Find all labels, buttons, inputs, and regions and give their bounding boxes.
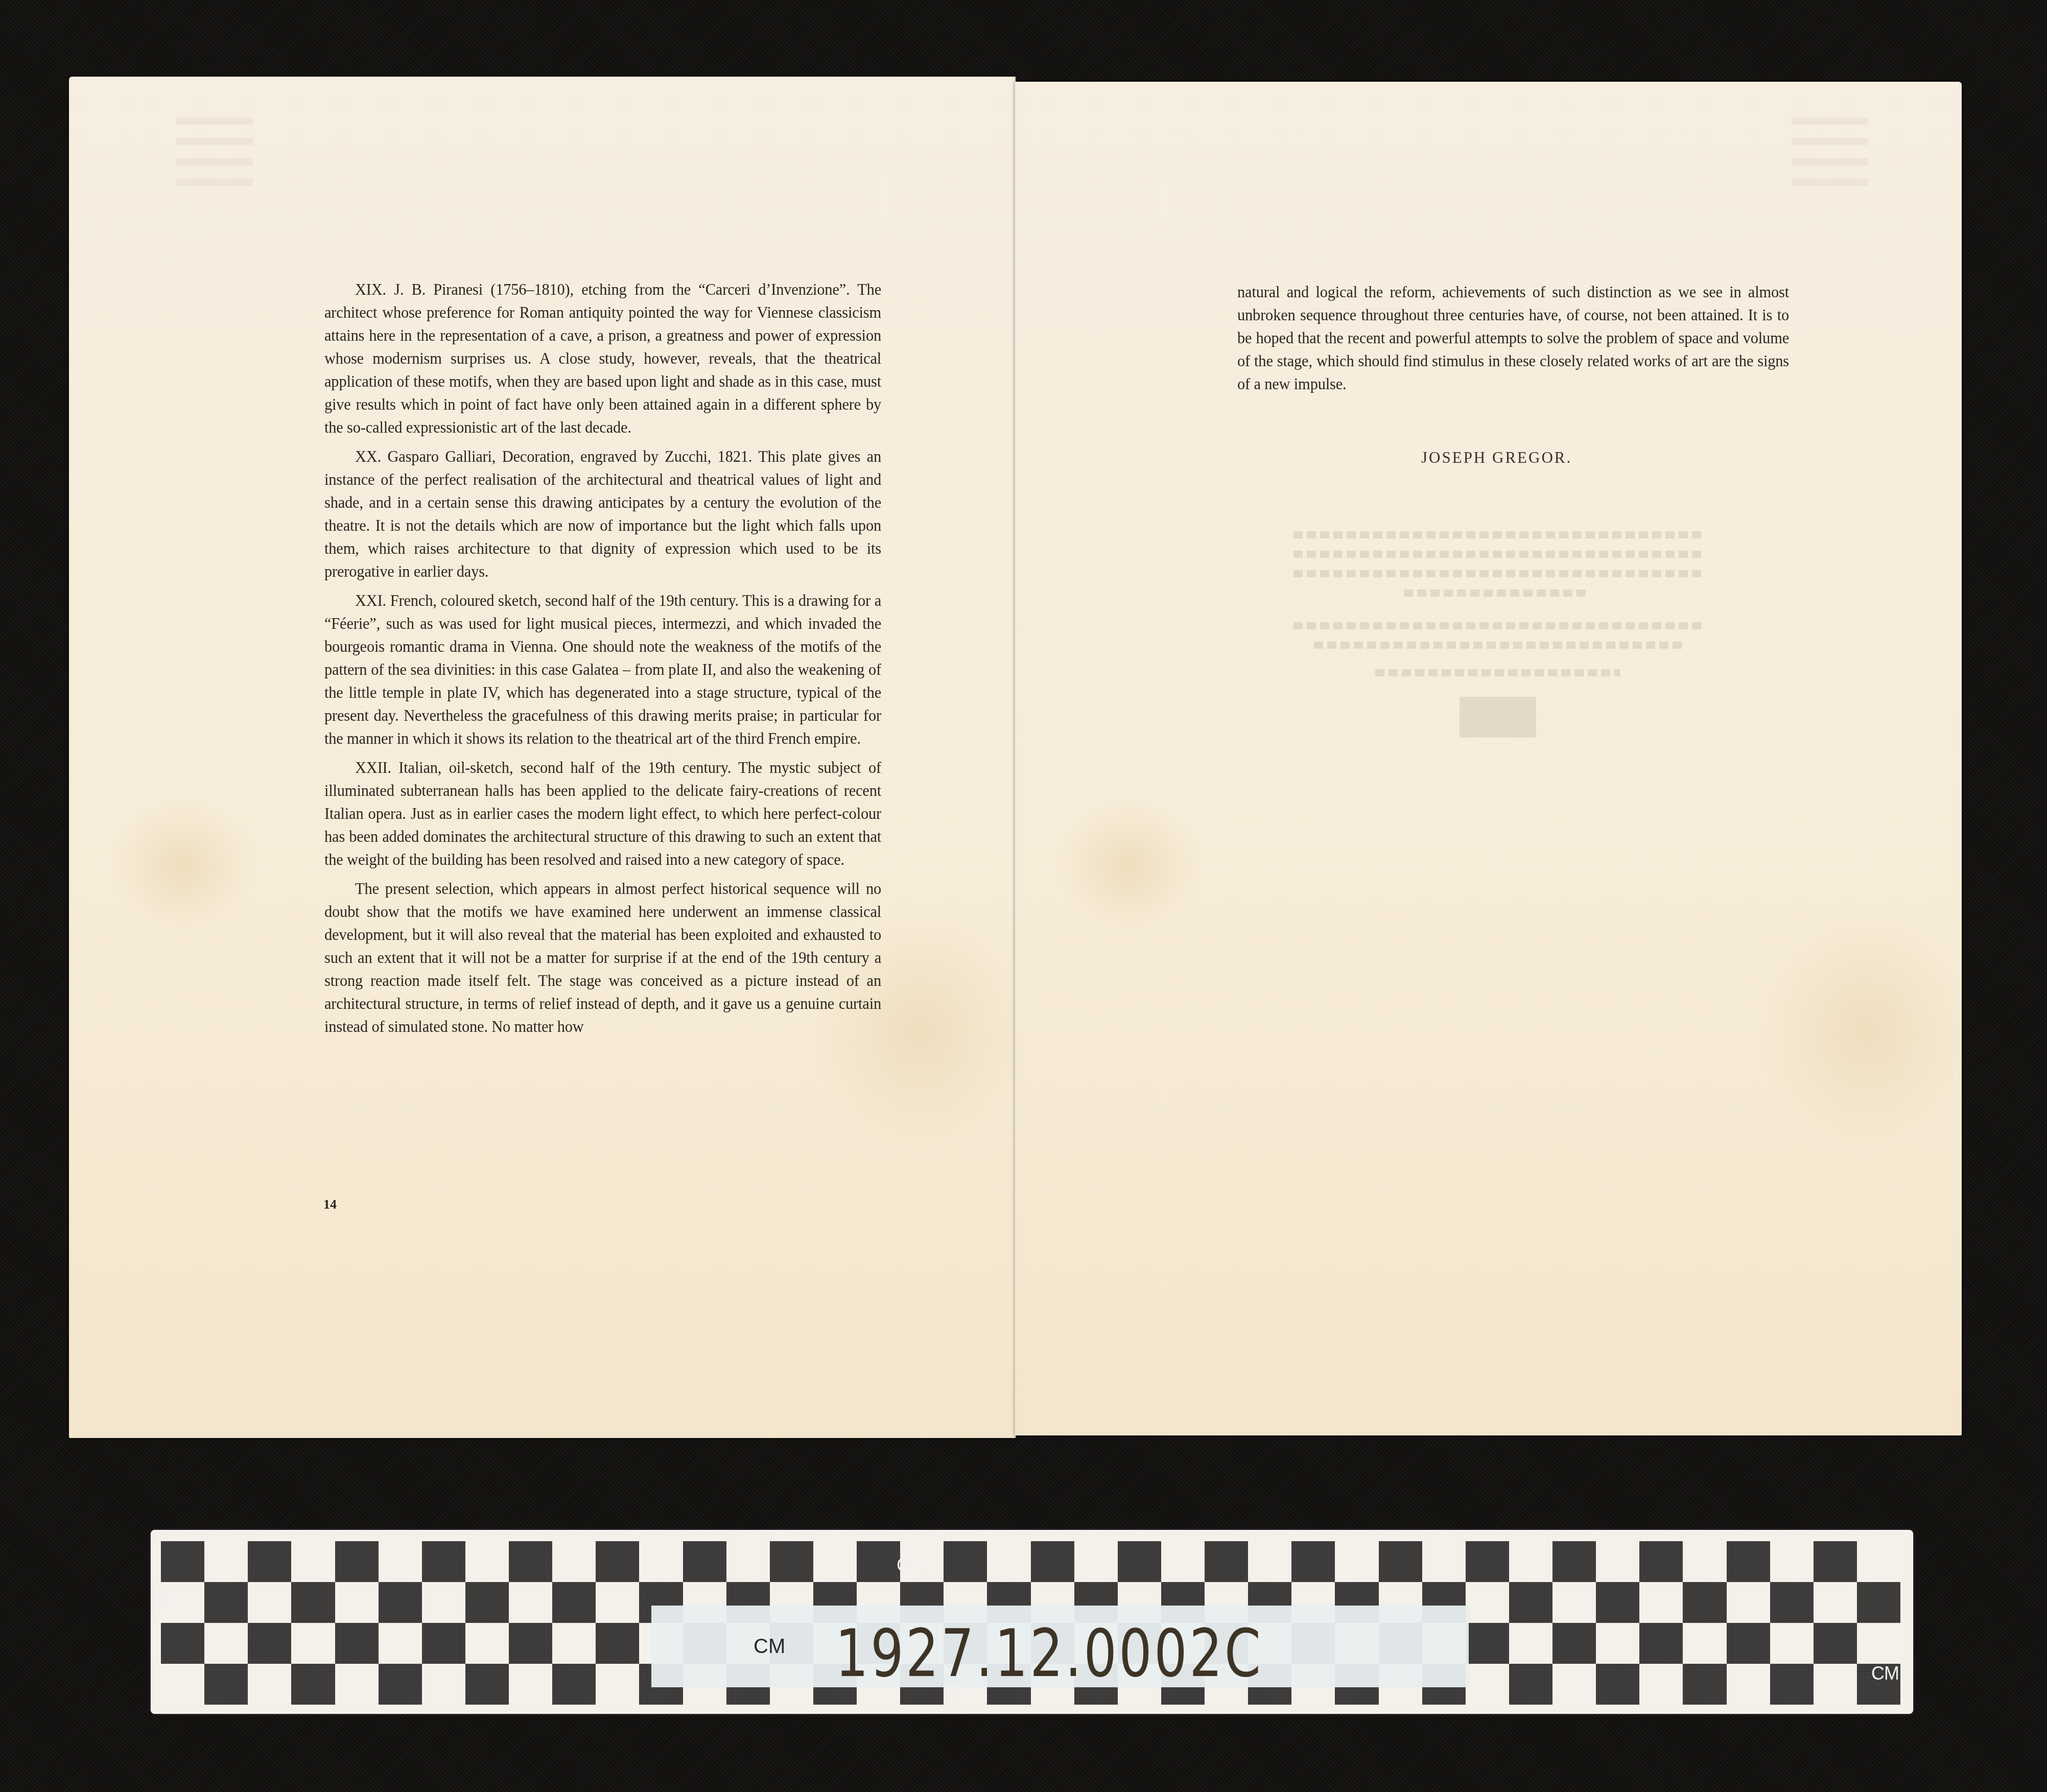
checker-cell: [552, 1541, 596, 1582]
checker-cell: [204, 1582, 248, 1623]
checker-cell: [248, 1582, 291, 1623]
checker-cell: [726, 1541, 770, 1582]
checker-cell: [335, 1541, 379, 1582]
checker-cell: [248, 1623, 291, 1664]
accession-label: CM 1927.12.0002C: [651, 1606, 1469, 1687]
checker-cell: [770, 1541, 813, 1582]
checker-cell: [204, 1541, 248, 1582]
left-page-text: XIX. J. B. Piranesi (1756–1810), etching…: [324, 278, 881, 1045]
checker-cell: [291, 1664, 335, 1705]
checker-cell: [1639, 1541, 1683, 1582]
show-through-mark: [1792, 117, 1868, 199]
checker-cell: [1509, 1541, 1552, 1582]
show-through-mark: [176, 117, 253, 199]
checker-cell: [291, 1582, 335, 1623]
checker-cell: [1596, 1664, 1639, 1705]
checker-cell: [1814, 1623, 1857, 1664]
checker-cell: [509, 1623, 552, 1664]
page-number: 14: [323, 1197, 337, 1212]
checker-cell: [1552, 1664, 1596, 1705]
checker-cell: [509, 1664, 552, 1705]
checker-cell: [379, 1582, 422, 1623]
checker-cell: [1509, 1582, 1552, 1623]
checker-cell: [248, 1664, 291, 1705]
checker-cell: [1683, 1623, 1726, 1664]
checker-cell: [987, 1541, 1030, 1582]
checker-cell: [1161, 1541, 1205, 1582]
gutter-fold: [1014, 77, 1016, 1438]
cm-scale-bar: CM CM CM CM CM 1927.12.0002C: [151, 1530, 1913, 1714]
checker-cell: [291, 1623, 335, 1664]
author-signature: JOSEPH GREGOR.: [1421, 449, 1572, 467]
checker-cell: [422, 1582, 465, 1623]
checker-cell: [1727, 1664, 1770, 1705]
checker-cell: [1291, 1541, 1335, 1582]
show-through-colophon: [1293, 531, 1702, 797]
checker-cell: [1727, 1582, 1770, 1623]
checker-cell: [683, 1541, 726, 1582]
checker-cell: [161, 1623, 204, 1664]
checker-cell: [1466, 1582, 1509, 1623]
checker-cell: [1552, 1582, 1596, 1623]
checker-cell: [161, 1664, 204, 1705]
checker-cell: [1814, 1664, 1857, 1705]
checker-cell: [552, 1623, 596, 1664]
paragraph-xix: XIX. J. B. Piranesi (1756–1810), etching…: [324, 278, 881, 439]
checker-cell: [1814, 1541, 1857, 1582]
checker-cell: [291, 1541, 335, 1582]
checker-cell: [1727, 1623, 1770, 1664]
checker-cell: [1509, 1664, 1552, 1705]
checker-cell: [1857, 1582, 1900, 1623]
checker-cell: [1639, 1664, 1683, 1705]
checker-cell: [335, 1623, 379, 1664]
checker-cell: [1727, 1541, 1770, 1582]
checker-cell: [1031, 1541, 1074, 1582]
right-page-text: natural and logical the reform, achievem…: [1237, 281, 1789, 402]
checker-cell: [1639, 1623, 1683, 1664]
booklet-spread: XIX. J. B. Piranesi (1756–1810), etching…: [69, 77, 1962, 1438]
checker-cell: [465, 1664, 509, 1705]
checker-cell: [1422, 1541, 1466, 1582]
checker-cell: [422, 1541, 465, 1582]
checker-cell: [1335, 1541, 1378, 1582]
cm-label-left: CM: [153, 1591, 181, 1613]
checker-cell: [379, 1623, 422, 1664]
paragraph-xxi: XXI. French, coloured sketch, second hal…: [324, 590, 881, 750]
checker-cell: [552, 1582, 596, 1623]
checker-cell: [857, 1541, 900, 1582]
checker-cell: [1770, 1582, 1814, 1623]
label-unit: CM: [754, 1635, 785, 1658]
checker-cell: [1814, 1582, 1857, 1623]
checker-cell: [1552, 1541, 1596, 1582]
checker-cell: [1770, 1664, 1814, 1705]
checker-cell: [509, 1541, 552, 1582]
checker-cell: [465, 1623, 509, 1664]
right-page: natural and logical the reform, achievem…: [1015, 82, 1962, 1435]
paragraph-xx: XX. Gasparo Galliari, Decoration, engrav…: [324, 445, 881, 583]
checker-cell: [1466, 1664, 1509, 1705]
checker-cell: [596, 1541, 639, 1582]
checker-cell: [596, 1664, 639, 1705]
checker-cell: [335, 1664, 379, 1705]
checker-cell: [944, 1541, 987, 1582]
checker-cell: [1205, 1541, 1248, 1582]
checker-cell: [422, 1623, 465, 1664]
checker-cell: [1509, 1623, 1552, 1664]
checker-cell: [596, 1623, 639, 1664]
cm-label-bottom: CM: [945, 1682, 973, 1704]
checker-cell: [1857, 1541, 1900, 1582]
checker-cell: [465, 1541, 509, 1582]
paragraph-xxii: XXII. Italian, oil-sketch, second half o…: [324, 757, 881, 871]
checker-cell: [422, 1664, 465, 1705]
checker-cell: [1683, 1664, 1726, 1705]
checker-cell: [1248, 1541, 1291, 1582]
checker-cell: [1683, 1582, 1726, 1623]
checker-cell: [204, 1623, 248, 1664]
checker-cell: [1639, 1582, 1683, 1623]
checker-cell: [552, 1664, 596, 1705]
paragraph-continuation: natural and logical the reform, achievem…: [1237, 281, 1789, 396]
checker-cell: [509, 1582, 552, 1623]
checker-cell: [1596, 1582, 1639, 1623]
checker-cell: [596, 1582, 639, 1623]
checker-cell: [1552, 1623, 1596, 1664]
checker-cell: [639, 1541, 683, 1582]
checker-cell: [1770, 1541, 1814, 1582]
checker-cell: [1857, 1623, 1900, 1664]
checker-cell: [1596, 1541, 1639, 1582]
cm-label-top: CM: [897, 1554, 924, 1576]
checker-cell: [1770, 1623, 1814, 1664]
checker-cell: [248, 1541, 291, 1582]
checker-cell: [813, 1541, 857, 1582]
checker-cell: [204, 1664, 248, 1705]
cm-label-right: CM: [1871, 1663, 1899, 1684]
accession-number: 1927.12.0002C: [835, 1616, 1263, 1692]
checker-cell: [379, 1664, 422, 1705]
checker-cell: [1466, 1623, 1509, 1664]
left-page: XIX. J. B. Piranesi (1756–1810), etching…: [69, 77, 1015, 1438]
checker-cell: [335, 1582, 379, 1623]
checker-cell: [161, 1541, 204, 1582]
checker-cell: [1683, 1541, 1726, 1582]
checker-cell: [1074, 1541, 1118, 1582]
checker-cell: [465, 1582, 509, 1623]
checker-cell: [1118, 1541, 1161, 1582]
paragraph-conclusion: The present selection, which appears in …: [324, 878, 881, 1039]
checker-cell: [379, 1541, 422, 1582]
checker-cell: [1596, 1623, 1639, 1664]
checker-cell: [1466, 1541, 1509, 1582]
checker-cell: [1379, 1541, 1422, 1582]
